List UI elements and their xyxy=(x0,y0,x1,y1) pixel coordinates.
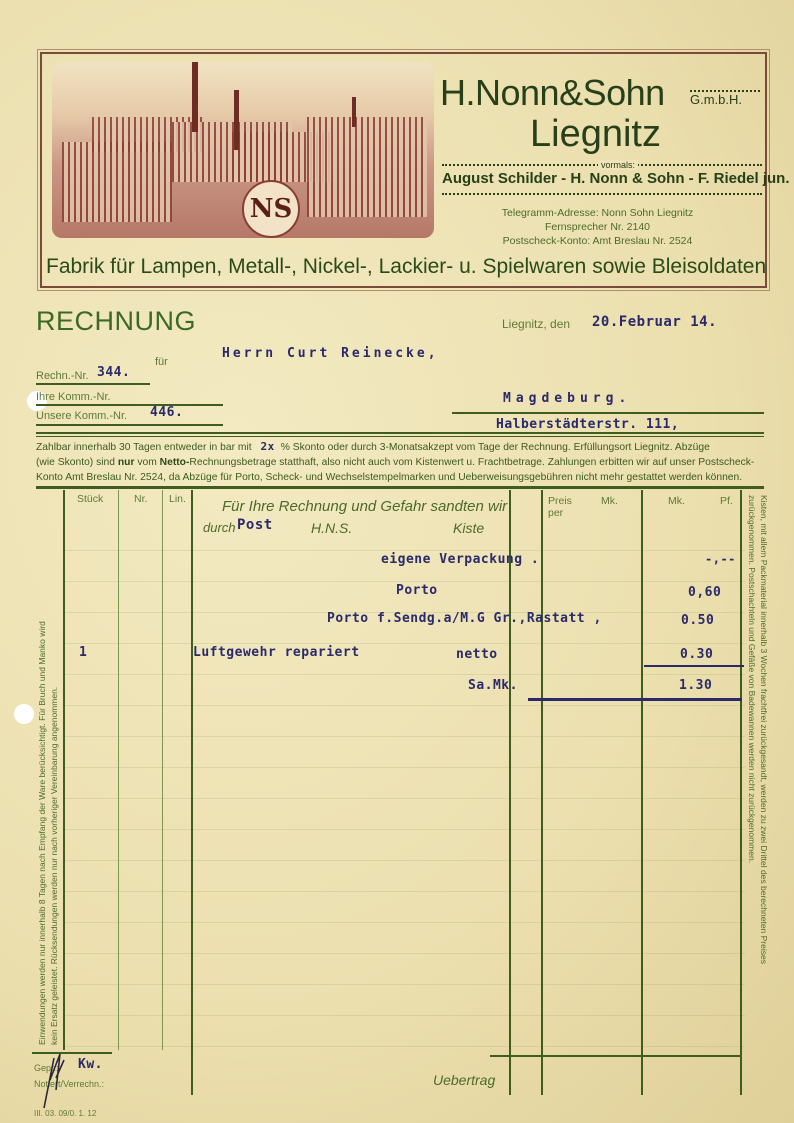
dotted-rule xyxy=(442,193,762,196)
shipping-method: Post xyxy=(237,517,273,533)
recipient-city: Magdeburg. xyxy=(503,391,631,406)
shipping-mark: H.N.S. xyxy=(311,520,352,536)
table-line-desc xyxy=(191,490,193,1095)
kiste-label: Kiste xyxy=(453,520,484,536)
payment-terms: Zahlbar innerhalb 30 Tagen entweder in b… xyxy=(36,439,766,485)
gepr-initials: Kw. xyxy=(78,1057,103,1072)
header-mk-price: Mk. xyxy=(601,495,618,507)
ledger-grid xyxy=(65,520,745,1050)
header-stueck: Stück xyxy=(77,493,103,505)
terms-line-3: Konto Amt Breslau Nr. 2524, da Abzüge fü… xyxy=(36,470,766,485)
skonto-value: 2x xyxy=(254,440,280,453)
print-code: III. 03. 09/0. 1. 12 xyxy=(34,1109,96,1118)
table-line-nr xyxy=(162,490,163,1050)
left-margin-note: Einwendungen werden nur innerhalb 8 Tage… xyxy=(36,495,60,1045)
document-title: RECHNUNG xyxy=(36,306,196,337)
ihre-komm-label: Ihre Komm.-Nr. xyxy=(36,391,111,403)
row-amount-porto-rastatt: 0.50 xyxy=(681,613,714,628)
phone-number: Fernsprecher Nr. 2140 xyxy=(430,221,765,233)
monogram-logo: NS xyxy=(242,180,300,238)
terms-line-1: Zahlbar innerhalb 30 Tagen entweder in b… xyxy=(36,439,766,455)
row-note-netto: netto xyxy=(456,647,498,662)
header-preis-per: Preis per xyxy=(548,495,576,519)
table-line-stueck xyxy=(118,490,119,1050)
city-rule xyxy=(452,412,764,414)
right-margin-note: Kisten, mit allem Packmaterial innerhalb… xyxy=(746,495,770,1085)
recipient-name: Herrn Curt Reinecke, xyxy=(222,346,439,361)
for-label: für xyxy=(155,356,168,368)
factory-engraving: NS xyxy=(52,62,434,238)
invoice-date: 20.Februar 14. xyxy=(592,314,717,330)
header-nr: Nr. xyxy=(134,493,147,505)
row-amount-airgun: 0.30 xyxy=(680,647,713,662)
signature-mark xyxy=(36,1050,76,1110)
firm-city: Liegnitz xyxy=(530,113,661,156)
ihre-komm-rule xyxy=(36,404,223,406)
row-desc-porto-rastatt: Porto f.Sendg.a/M.G Gr.,Rastatt , xyxy=(327,611,602,626)
rechn-nr-rule xyxy=(36,383,150,385)
header-mk-total: Mk. xyxy=(668,495,685,507)
row-desc-airgun: Luftgewehr repariert xyxy=(193,645,360,660)
terms-line-2: (wie Skonto) sind nur vom Netto-Rechnung… xyxy=(36,455,766,470)
unsere-komm-label: Unsere Komm.-Nr. xyxy=(36,410,127,422)
total-label: Sa.Mk. xyxy=(468,678,518,693)
address-rule xyxy=(36,432,764,434)
recipient-street: Halberstädterstr. 111, xyxy=(496,417,679,432)
table-line-left xyxy=(63,490,65,1050)
punch-hole-bottom xyxy=(14,704,34,724)
place-label: Liegnitz, den xyxy=(502,317,570,331)
firm-name: H.Nonn&Sohn xyxy=(440,72,665,114)
shipping-statement: Für Ihre Rechnung und Gefahr sandten wir xyxy=(222,498,507,515)
row-qty-airgun: 1 xyxy=(79,645,87,660)
table-line-preis xyxy=(509,490,511,1095)
predecessor-firms: August Schilder - H. Nonn & Sohn - F. Ri… xyxy=(442,170,790,187)
company-slogan: Fabrik für Lampen, Metall-, Nickel-, Lac… xyxy=(46,255,762,279)
vormals-label: vormals: xyxy=(598,160,638,170)
rechn-nr-value: 344. xyxy=(97,365,130,380)
uebertrag-label: Uebertrag xyxy=(433,1072,495,1088)
row-desc-porto: Porto xyxy=(396,583,438,598)
terms-rule xyxy=(36,486,764,489)
row-amount-packaging: -,-- xyxy=(705,552,736,566)
row-desc-packaging: eigene Verpackung . xyxy=(381,552,539,567)
firm-suffix: G.m.b.H. xyxy=(690,92,742,107)
table-line-preis-mk xyxy=(541,490,543,1095)
table-line-total-mk xyxy=(641,490,643,1095)
total-double-rule xyxy=(528,698,742,701)
subtotal-rule xyxy=(644,665,744,667)
total-amount: 1.30 xyxy=(679,678,712,693)
durch-label: durch xyxy=(203,520,236,535)
unsere-komm-value: 446. xyxy=(150,405,183,420)
telegram-address: Telegramm-Adresse: Nonn Sohn Liegnitz xyxy=(430,207,765,219)
unsere-komm-rule xyxy=(36,424,223,426)
uebertrag-rule xyxy=(490,1055,740,1057)
rechn-nr-label: Rechn.-Nr. xyxy=(36,370,89,382)
address-rule-thin xyxy=(36,436,764,437)
table-line-right xyxy=(740,490,742,1095)
row-amount-porto: 0,60 xyxy=(688,585,721,600)
header-lin: Lin. xyxy=(169,493,186,505)
header-pf: Pf. xyxy=(720,495,733,507)
postcheck-account: Postscheck-Konto: Amt Breslau Nr. 2524 xyxy=(430,235,765,247)
